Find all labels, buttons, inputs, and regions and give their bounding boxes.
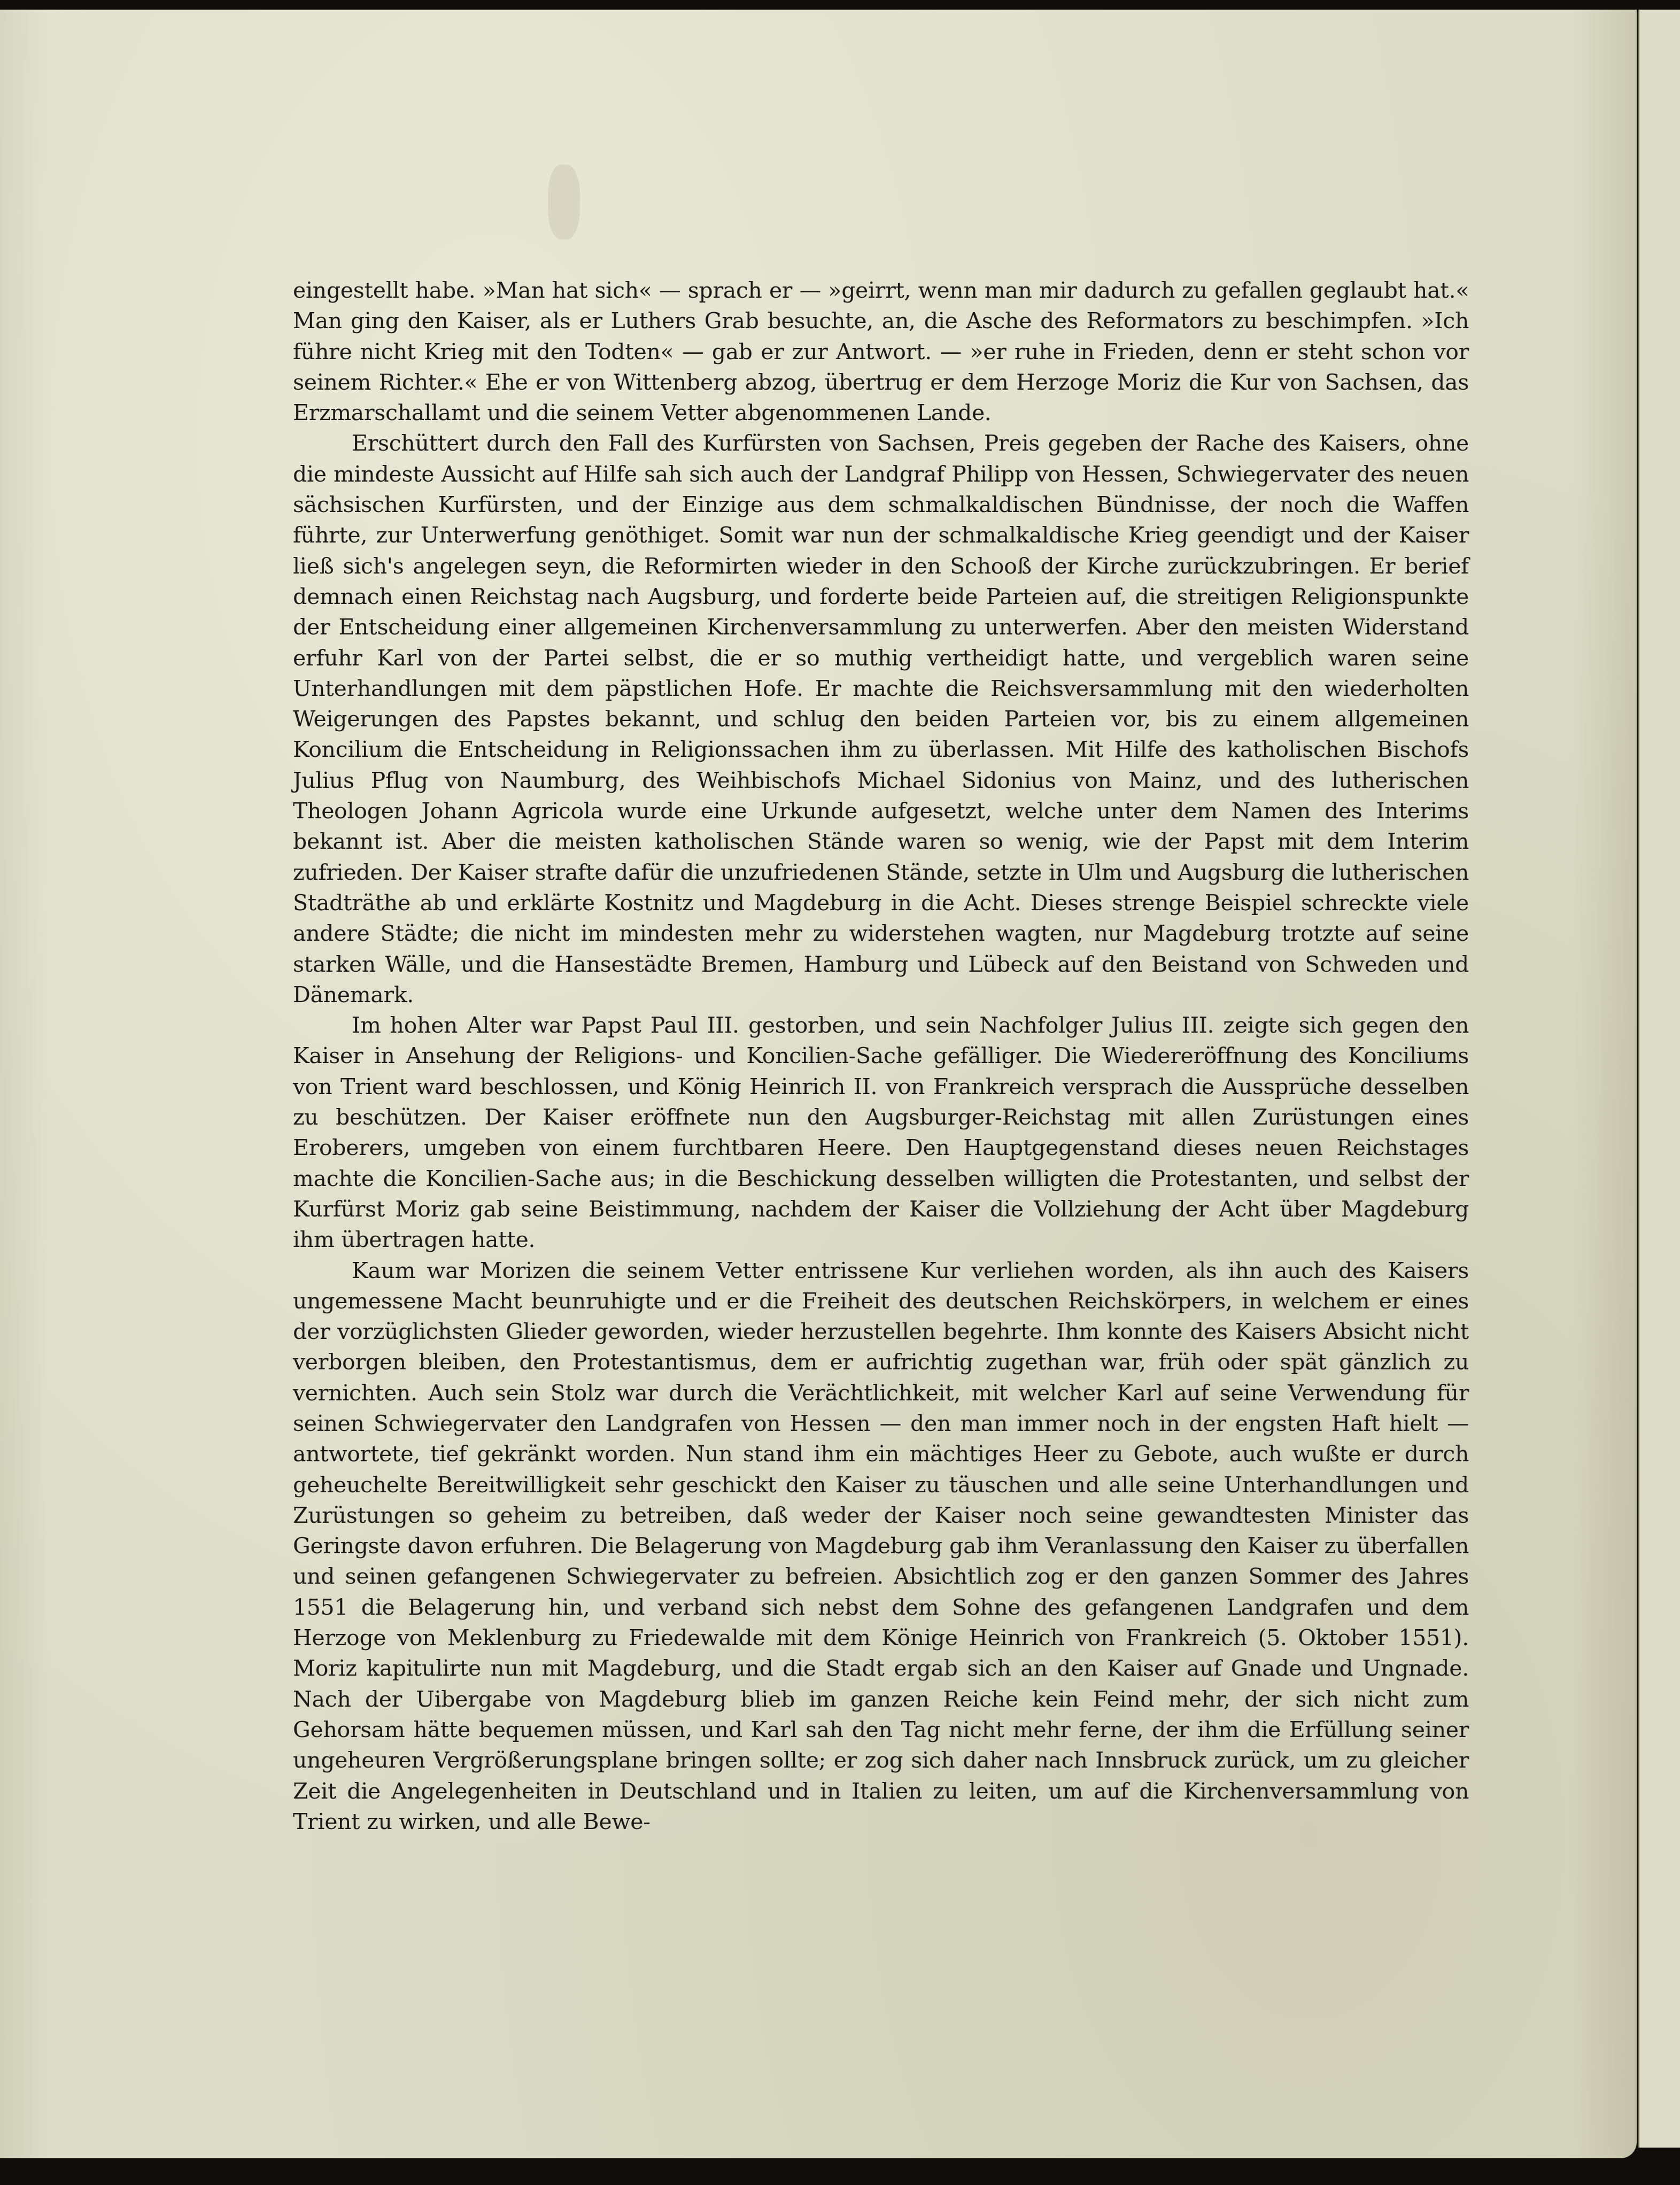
paragraph-1: eingestellt habe. »Man hat sich« — sprac… xyxy=(293,275,1469,428)
adjacent-page-edge xyxy=(1638,10,1680,2148)
paragraph-2: Erschüttert durch den Fall des Kurfürste… xyxy=(293,428,1469,1010)
paper-stain xyxy=(548,165,580,239)
paragraph-3: Im hohen Alter war Papst Paul III. gesto… xyxy=(293,1010,1469,1255)
paragraph-4: Kaum war Morizen die seinem Vetter entri… xyxy=(293,1256,1469,1838)
body-text: eingestellt habe. »Man hat sich« — sprac… xyxy=(293,275,1469,1837)
